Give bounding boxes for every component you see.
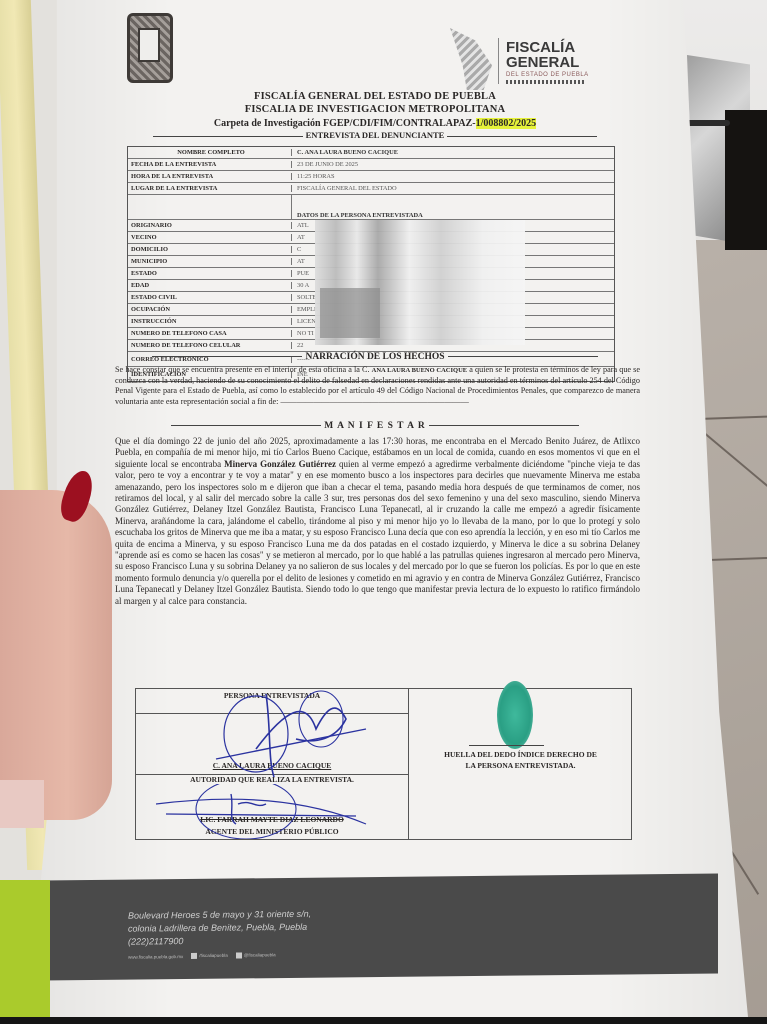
table-row: LUGAR DE LA ENTREVISTAFISCALÍA GENERAL D… xyxy=(128,183,614,195)
twitter-link: @fiscaliapuebla xyxy=(236,952,276,958)
fiscalia-head-icon xyxy=(450,28,492,90)
table-row: FECHA DE LA ENTREVISTA23 DE JUNIO DE 202… xyxy=(128,159,614,171)
intro-paragraph: Se hace constar que se encuentra present… xyxy=(115,365,640,407)
footer-social-links: www.fiscalia.puebla.gob.mx /fiscaliapueb… xyxy=(128,952,276,960)
facebook-icon xyxy=(191,953,197,959)
case-file-number: Carpeta de Investigación FGEP/CDI/FIM/CO… xyxy=(115,118,635,129)
signature-left-column: PERSONA ENTREVISTADA C. ANA LAURA BUENO … xyxy=(136,689,409,839)
fingerprint-caption: HUELLA DEL DEDO ÍNDICE DERECHO DE LA PER… xyxy=(409,749,632,771)
table-row: NOMBRE COMPLETOC. ANA LAURA BUENO CACIQU… xyxy=(128,147,614,159)
table-section-heading: DATOS DE LA PERSONA ENTREVISTADA xyxy=(128,195,614,220)
case-file-prefix: Carpeta de Investigación FGEP/CDI/FIM/CO… xyxy=(214,118,476,129)
document-footer: Boulevard Heroes 5 de mayo y 31 oriente … xyxy=(42,873,718,980)
hand xyxy=(0,490,112,820)
redacted-pixelation xyxy=(320,288,380,338)
table-row: HORA DE LA ENTREVISTA11:25 HORAS xyxy=(128,171,614,183)
case-file-highlighted-number: 1/008802/2025 xyxy=(476,118,537,129)
footer-website: www.fiscalia.puebla.gob.mx xyxy=(128,954,183,960)
puebla-coat-of-arms-icon xyxy=(127,13,173,83)
signature-table: PERSONA ENTREVISTADA C. ANA LAURA BUENO … xyxy=(135,688,632,840)
logo-text-1: FISCALÍA xyxy=(506,40,575,55)
statement-paragraph: Que el día domingo 22 de junio del año 2… xyxy=(115,436,640,607)
logo-text-3: DEL ESTADO DE PUEBLA xyxy=(506,72,589,78)
narrative-title: NARRACIÓN DE LOS HECHOS xyxy=(115,352,635,362)
section-title: ENTREVISTA DEL DENUNCIANTE xyxy=(115,130,635,140)
interviewee-signature xyxy=(196,689,386,779)
fingerprint-column: HUELLA DEL DEDO ÍNDICE DERECHO DE LA PER… xyxy=(409,689,631,839)
footer-address: Boulevard Heroes 5 de mayo y 31 oriente … xyxy=(128,908,311,949)
agency-subtitle: FISCALIA DE INVESTIGACION METROPOLITANA xyxy=(115,104,635,115)
twitter-icon xyxy=(236,952,242,958)
green-sleeve xyxy=(0,880,50,1020)
background-dark-object xyxy=(725,110,767,250)
bottom-edge xyxy=(0,1017,767,1024)
logo-text-2: GENERAL xyxy=(506,55,579,70)
agency-title: FISCALÍA GENERAL DEL ESTADO DE PUEBLA xyxy=(115,91,635,102)
authority-signature xyxy=(156,784,376,839)
accused-name-bold: Minerva González Gutiérrez xyxy=(224,459,336,469)
watch-band xyxy=(0,780,44,828)
fiscalia-general-logo: FISCALÍA GENERAL DEL ESTADO DE PUEBLA xyxy=(450,28,650,98)
fingerprint-icon xyxy=(497,681,533,749)
manifest-title: M A N I F E S T A R xyxy=(115,421,635,431)
facebook-link: /fiscaliapuebla xyxy=(191,953,228,959)
interviewee-name-inline: ANA LAURA BUENO CACIQUE xyxy=(372,367,467,374)
